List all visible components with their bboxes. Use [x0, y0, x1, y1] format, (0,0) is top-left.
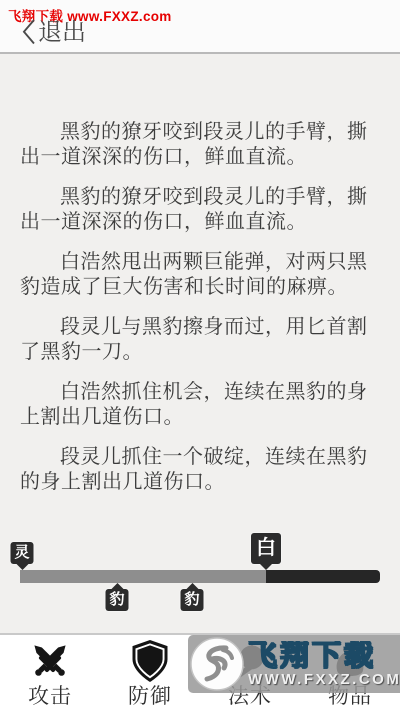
bottom-watermark-url: WWW.FXXZ.COM [248, 672, 400, 688]
header: 飞翔下载 www.FXXZ.com 〈 退出 [0, 0, 400, 54]
fxxz-logo-icon [190, 637, 244, 691]
attack-label: 攻击 [28, 685, 72, 709]
turn-timeline: 灵 豹 豹 白 [0, 535, 400, 615]
back-label: 退出 [38, 19, 86, 47]
attack-button[interactable]: 攻击 [0, 635, 100, 711]
log-paragraph: 白浩然甩出两颗巨能弹，对两只黑豹造成了巨大伤害和长时间的麻痹。 [20, 250, 380, 300]
bottom-watermark-title: 飞翔下载 [248, 641, 400, 672]
log-paragraph: 白浩然抓住机会，连续在黑豹的身上割出几道伤口。 [20, 380, 380, 430]
crossed-swords-icon [26, 637, 74, 685]
battle-screen: 飞翔下载 www.FXXZ.com 〈 退出 黑豹的獠牙咬到段灵儿的手臂，撕出一… [0, 0, 400, 711]
defend-label: 防御 [128, 685, 172, 709]
timeline-remaining-bar [266, 570, 380, 583]
timeline-marker-bai: 白 [251, 533, 281, 564]
shield-icon [129, 637, 171, 685]
timeline-elapsed-bar [20, 570, 266, 583]
bottom-watermark: 飞翔下载 WWW.FXXZ.COM [188, 635, 400, 693]
timeline-marker-bao-1: 豹 [106, 589, 129, 611]
log-paragraph: 段灵儿与黑豹擦身而过，用匕首割了黑豹一刀。 [20, 315, 380, 365]
back-button[interactable]: 〈 退出 [10, 19, 86, 47]
log-paragraph: 黑豹的獠牙咬到段灵儿的手臂，撕出一道深深的伤口，鲜血直流。 [20, 185, 380, 235]
back-chevron-icon: 〈 [10, 19, 35, 47]
log-paragraph: 黑豹的獠牙咬到段灵儿的手臂，撕出一道深深的伤口，鲜血直流。 [20, 120, 380, 170]
log-paragraph: 段灵儿抓住一个破绽，连续在黑豹的身上割出几道伤口。 [20, 445, 380, 495]
defend-button[interactable]: 防御 [100, 635, 200, 711]
timeline-marker-bao-2: 豹 [181, 589, 204, 611]
timeline-marker-ling: 灵 [11, 542, 34, 564]
bottom-watermark-text: 飞翔下载 WWW.FXXZ.COM [248, 641, 400, 688]
